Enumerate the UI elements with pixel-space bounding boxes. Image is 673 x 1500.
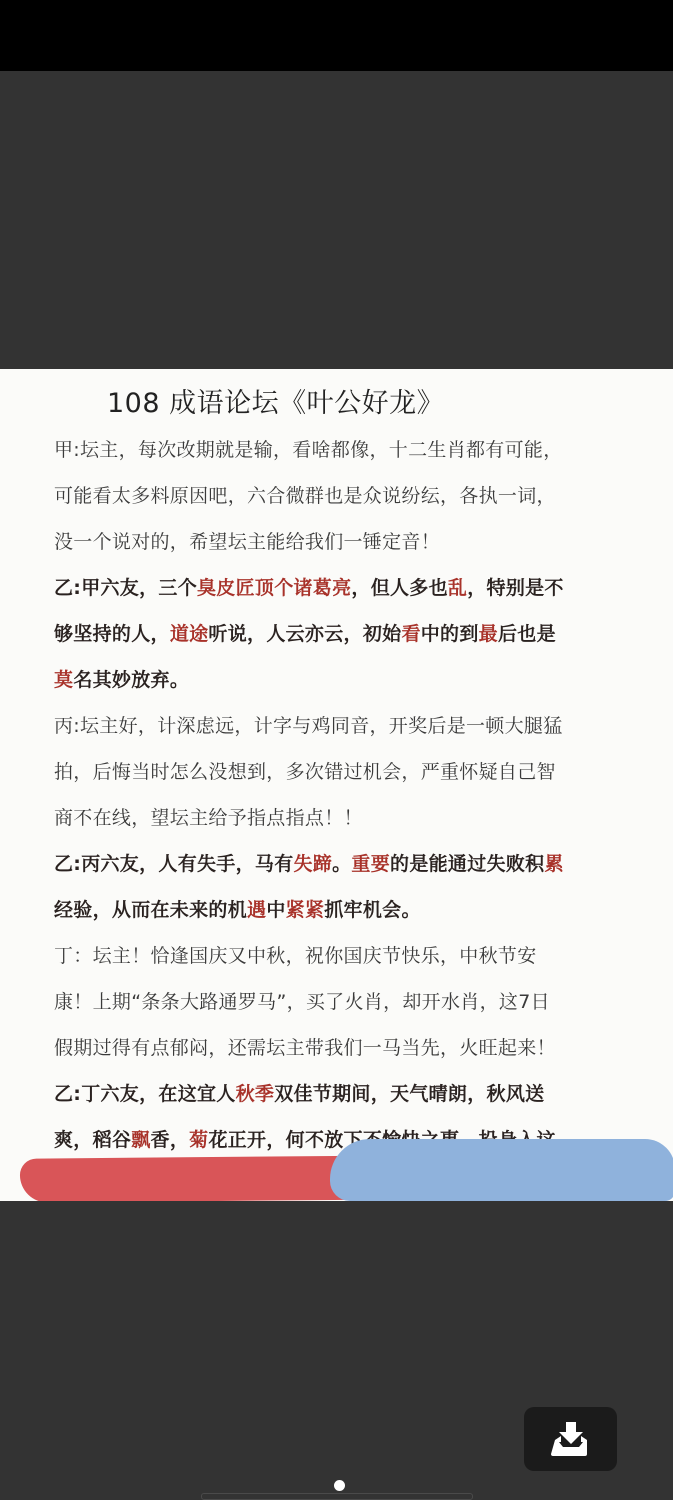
- question-paragraph: 丙:坛主好，计深虑远，计字与鸡同音，开奖后是一顿大腿猛拍，后悔当时怎么没想到，多…: [54, 703, 634, 841]
- reply-paragraph: 乙:丙六友，人有失手，马有失蹄。重要的是能通过失败积累经验，从而在未来的机遇中紧…: [54, 841, 634, 933]
- text-line: 可能看太多料原因吧，六合微群也是众说纷纭，各执一词，: [54, 473, 634, 519]
- download-button[interactable]: [524, 1407, 617, 1471]
- text-line: 没一个说对的，希望坛主能给我们一锤定音！: [54, 519, 634, 565]
- text-line: 丙:坛主好，计深虑远，计字与鸡同音，开奖后是一顿大腿猛: [54, 703, 634, 749]
- blue-redaction-scribble: [330, 1139, 673, 1201]
- text-line: 甲:坛主，每次改期就是输，看啥都像，十二生肖都有可能，: [54, 427, 634, 473]
- status-bar: [0, 0, 673, 71]
- text-line: 乙:甲六友，三个臭皮匠顶个诸葛亮，但人多也乱，特别是不: [54, 565, 634, 611]
- forum-post-image[interactable]: 108 成语论坛《叶公好龙》 甲:坛主，每次改期就是输，看啥都像，十二生肖都有可…: [0, 369, 673, 1201]
- text-line: 假期过得有点郁闷，还需坛主带我们一马当先，火旺起来！: [54, 1025, 634, 1071]
- text-line: 够坚持的人，道途听说，人云亦云，初始看中的到最后也是: [54, 611, 634, 657]
- scrollbar-track[interactable]: [201, 1493, 473, 1500]
- download-tray-icon: [549, 1420, 593, 1458]
- text-line: 拍，后悔当时怎么没想到，多次错过机会，严重怀疑自己智: [54, 749, 634, 795]
- text-line: 乙:丁六友，在这宜人秋季双佳节期间，天气晴朗，秋风送: [54, 1071, 634, 1117]
- text-line: 丁：坛主！恰逢国庆又中秋，祝你国庆节快乐，中秋节安: [54, 933, 634, 979]
- text-line: 经验，从而在未来的机遇中紧紧抓牢机会。: [54, 887, 634, 933]
- question-paragraph: 丁：坛主！恰逢国庆又中秋，祝你国庆节快乐，中秋节安康！上期“条条大路通罗马”，买…: [54, 933, 634, 1071]
- text-line: 乙:丙六友，人有失手，马有失蹄。重要的是能通过失败积累: [54, 841, 634, 887]
- post-title: 108 成语论坛《叶公好龙》: [107, 381, 444, 420]
- page-indicator-dot[interactable]: [334, 1480, 345, 1491]
- text-line: 康！上期“条条大路通罗马”，买了火肖，却开水肖，这7日: [54, 979, 634, 1025]
- question-paragraph: 甲:坛主，每次改期就是输，看啥都像，十二生肖都有可能，可能看太多料原因吧，六合微…: [54, 427, 634, 565]
- text-line: 莫名其妙放弃。: [54, 657, 634, 703]
- text-line: 商不在线，望坛主给予指点指点！！: [54, 795, 634, 841]
- reply-paragraph: 乙:甲六友，三个臭皮匠顶个诸葛亮，但人多也乱，特别是不够坚持的人，道途听说，人云…: [54, 565, 634, 703]
